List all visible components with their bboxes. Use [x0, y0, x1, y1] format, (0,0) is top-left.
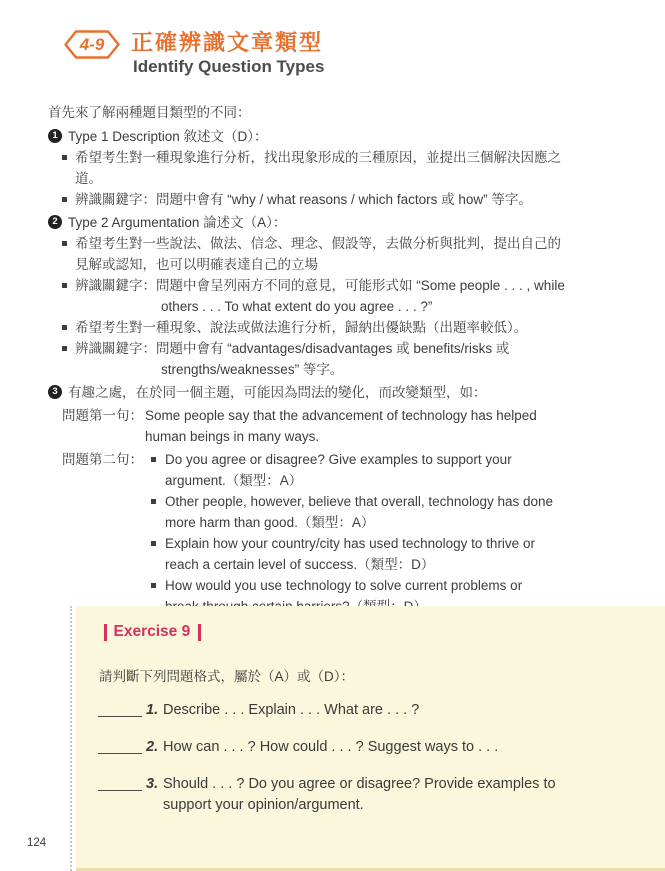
bullet-line: more harm than good.（類型：A） — [165, 512, 648, 533]
exercise-item: 3. Should . . . ? Do you agree or disagr… — [76, 774, 665, 816]
bullet-item: Do you agree or disagree? Give examples … — [145, 449, 648, 491]
question-sentence-1: 問題第一句： Some people say that the advancem… — [62, 405, 648, 447]
bullet-item: 辨識關鍵字：問題中會呈列兩方不同的意見，可能形式如 “Some people .… — [62, 275, 648, 317]
bullet-line: reach a certain level of success.（類型：D） — [165, 554, 648, 575]
bullet-line: others . . . To what extent do you agree… — [75, 296, 648, 317]
bullet-line: Do you agree or disagree? Give examples … — [165, 449, 648, 470]
item-3-examples: 問題第一句： Some people say that the advancem… — [48, 405, 648, 617]
exercise-title: Exercise 9 — [104, 623, 665, 641]
bullet-item: 希望考生對一種現象、說法或做法進行分析，歸納出優缺點（出題率較低）。 — [62, 317, 648, 338]
item-1-bullets: 希望考生對一種現象進行分析，找出現象形成的三種原因，並提出三個解決因應之 道。 … — [48, 147, 648, 210]
exercise-item-line: Should . . . ? Do you agree or disagree?… — [163, 774, 665, 795]
question-line: human beings in many ways. — [145, 426, 648, 447]
exercise-items: 1. Describe . . . Explain . . . What are… — [76, 700, 665, 816]
bullet-item: 辨識關鍵字：問題中會有 “why / what reasons / which … — [62, 189, 648, 210]
book-page: 4-9 正確辨識文章類型 Identify Question Types 首先來… — [0, 0, 665, 871]
bullet-line: 希望考生對一些說法、做法、信念、理念、假設等，去做分析與批判，提出自己的 — [75, 233, 648, 254]
exercise-box: Exercise 9 請判斷下列問題格式，屬於（A）或（D）： 1. Descr… — [76, 606, 665, 871]
exercise-item: 1. Describe . . . Explain . . . What are… — [76, 700, 665, 721]
list-item-3-heading: 3 有趣之處，在於同一個主題，可能因為問法的變化，而改變類型，如： — [48, 382, 648, 403]
exercise-instruction: 請判斷下列問題格式，屬於（A）或（D）： — [99, 665, 665, 685]
bullet-line: Explain how your country/city has used t… — [165, 533, 648, 554]
page-number: 124 — [27, 837, 46, 849]
bullet-line: strengths/weaknesses” 等字。 — [75, 359, 648, 380]
item-heading-text: 有趣之處，在於同一個主題，可能因為問法的變化，而改變類型，如： — [68, 385, 487, 400]
exercise-item-line: Describe . . . Explain . . . What are . … — [163, 700, 665, 721]
number-circle-icon: 2 — [48, 215, 62, 229]
bullet-line: 辨識關鍵字：問題中會有 “advantages/disadvantages 或 … — [75, 338, 648, 359]
exercise-item-number: 3. — [146, 774, 158, 795]
square-bullet-icon — [62, 155, 67, 160]
question-label: 問題第二句： — [62, 449, 143, 470]
exercise-item-line: How can . . . ? How could . . . ? Sugges… — [163, 737, 665, 758]
bullet-item: 辨識關鍵字：問題中會有 “advantages/disadvantages 或 … — [62, 338, 648, 380]
square-bullet-icon — [151, 541, 156, 546]
exercise-item-number: 2. — [146, 737, 158, 758]
square-bullet-icon — [62, 283, 67, 288]
bullet-line: How would you use technology to solve cu… — [165, 575, 648, 596]
square-bullet-icon — [151, 499, 156, 504]
answer-blank[interactable] — [98, 739, 142, 754]
question-sentence-2: 問題第二句： Do you agree or disagree? Give ex… — [62, 449, 648, 617]
bullet-line: 道。 — [75, 168, 648, 189]
question-line: Some people say that the advancement of … — [145, 405, 648, 426]
bullet-line: 辨識關鍵字：問題中會呈列兩方不同的意見，可能形式如 “Some people .… — [75, 275, 648, 296]
bullet-line: Other people, however, believe that over… — [165, 491, 648, 512]
square-bullet-icon — [62, 241, 67, 246]
bullet-line: 辨識關鍵字：問題中會有 “why / what reasons / which … — [75, 189, 648, 210]
section-number: 4-9 — [63, 29, 121, 60]
intro-text: 首先來了解兩種題目類型的不同： — [48, 102, 648, 123]
square-bullet-icon — [151, 583, 156, 588]
item-heading-text: Type 2 Argumentation 論述文（A）： — [68, 215, 286, 230]
perforation-dotted-line — [70, 606, 72, 871]
number-circle-icon: 1 — [48, 129, 62, 143]
square-bullet-icon — [62, 197, 67, 202]
exercise-title-text: Exercise 9 — [114, 623, 191, 641]
answer-blank[interactable] — [98, 776, 142, 791]
exercise-item: 2. How can . . . ? How could . . . ? Sug… — [76, 737, 665, 758]
list-item-2-heading: 2 Type 2 Argumentation 論述文（A）： — [48, 212, 648, 233]
bullet-item: 希望考生對一些說法、做法、信念、理念、假設等，去做分析與批判，提出自己的 見解或… — [62, 233, 648, 275]
square-bullet-icon — [151, 457, 156, 462]
exercise-item-line: support your opinion/argument. — [163, 795, 665, 816]
square-bullet-icon — [62, 325, 67, 330]
bullet-line: 見解或認知，也可以明確表達自己的立場 — [75, 254, 648, 275]
item-2-bullets: 希望考生對一些說法、做法、信念、理念、假設等，去做分析與批判，提出自己的 見解或… — [48, 233, 648, 380]
title-bar-icon — [198, 624, 201, 641]
section-number-badge: 4-9 — [63, 29, 121, 60]
section-subtitle: Identify Question Types — [133, 57, 324, 77]
bullet-line: 希望考生對一種現象、說法或做法進行分析，歸納出優缺點（出題率較低）。 — [75, 317, 648, 338]
bullet-line: argument.（類型：A） — [165, 470, 648, 491]
item-heading-text: Type 1 Description 敘述文（D）： — [68, 129, 268, 144]
exercise-item-number: 1. — [146, 700, 158, 721]
title-bar-icon — [104, 624, 107, 641]
section-title: 正確辨識文章類型 — [131, 26, 323, 57]
body-content: 首先來了解兩種題目類型的不同： 1 Type 1 Description 敘述文… — [48, 102, 648, 617]
bullet-item: Other people, however, believe that over… — [145, 491, 648, 533]
number-circle-icon: 3 — [48, 385, 62, 399]
answer-blank[interactable] — [98, 702, 142, 717]
bullet-line: 希望考生對一種現象進行分析，找出現象形成的三種原因，並提出三個解決因應之 — [75, 147, 648, 168]
question-label: 問題第一句： — [62, 405, 143, 426]
square-bullet-icon — [62, 346, 67, 351]
bullet-item: Explain how your country/city has used t… — [145, 533, 648, 575]
list-item-1-heading: 1 Type 1 Description 敘述文（D）： — [48, 126, 648, 147]
bullet-item: 希望考生對一種現象進行分析，找出現象形成的三種原因，並提出三個解決因應之 道。 — [62, 147, 648, 189]
